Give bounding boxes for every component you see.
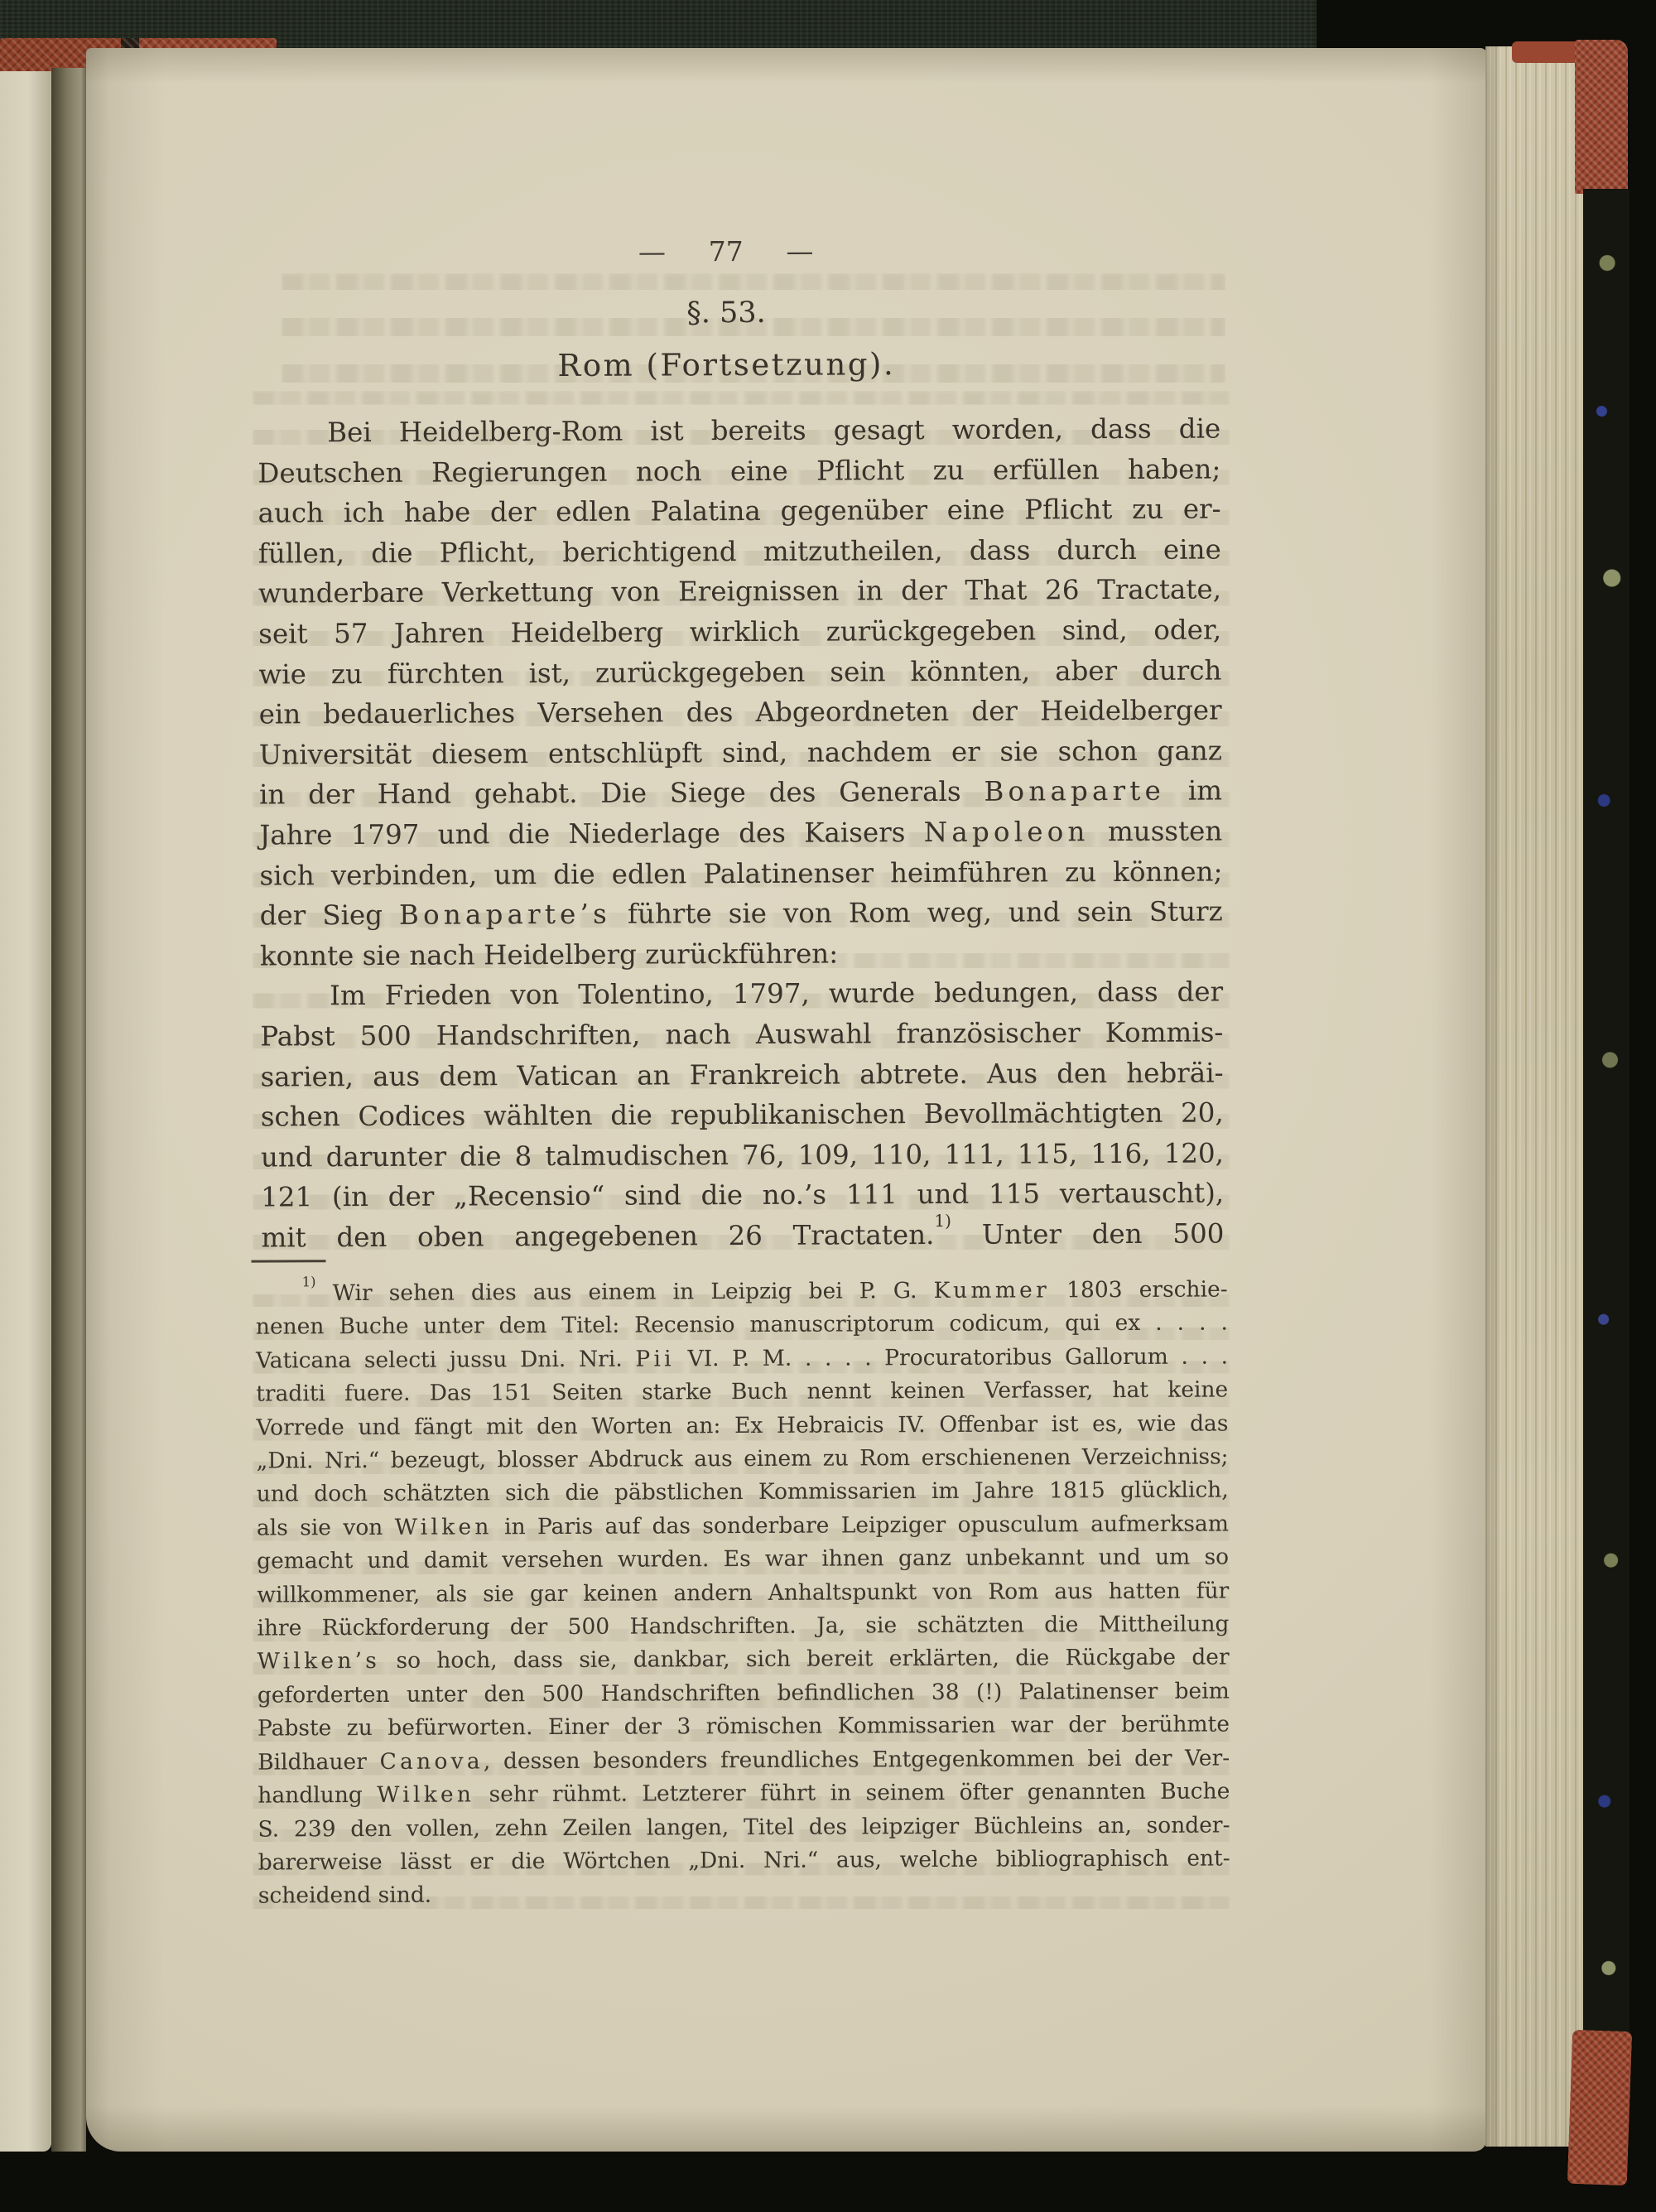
footnote-line: als sie von Wilken in Paris auf das sond…: [257, 1507, 1229, 1545]
book-photo: — 77 — §. 53. Rom (Fortsetzung). Bei Hei…: [0, 0, 1656, 2212]
body-line: konnte sie nach Heidelberg zurückführen:: [260, 932, 1223, 976]
body-line: wunderbare Verkettung von Ereignissen in…: [258, 570, 1221, 614]
footnote-line: S. 239 den vollen, zehn Zeilen langen, T…: [258, 1809, 1230, 1847]
footnote-line: scheidend sind.: [258, 1876, 1230, 1914]
footnote-line: 1) Wir sehen dies aus einem in Leipzig b…: [256, 1273, 1228, 1311]
section-mark: §. 53.: [244, 295, 1207, 332]
body-line: Deutschen Regierungen noch eine Pflicht …: [258, 449, 1220, 494]
footnote-line: und doch schätzten sich die päbstlichen …: [257, 1474, 1229, 1512]
footnote-line: Bildhauer Canova, dessen besonders freun…: [258, 1742, 1230, 1780]
footnote-line: Vorrede und fängt mit den Worten an: Ex …: [256, 1407, 1228, 1445]
body-line: in der Hand gehabt. Die Siege des Genera…: [259, 771, 1222, 816]
body-line: und darunter die 8 talmudischen 76, 109,…: [261, 1133, 1224, 1178]
body-line: Bei Heidelberg-Rom ist bereits gesagt wo…: [258, 408, 1220, 453]
page-number: — 77 —: [244, 234, 1207, 270]
body-line: sarien, aus dem Vatican an Frankreich ab…: [260, 1053, 1223, 1097]
body-line: mit den oben angegebenen 26 Tractaten.1)…: [261, 1213, 1224, 1258]
body-line: seit 57 Jahren Heidelberg wirklich zurüc…: [258, 610, 1221, 654]
footnote-line: traditi fuere. Das 151 Seiten starke Buc…: [256, 1374, 1228, 1412]
footnote-text: 1) Wir sehen dies aus einem in Leipzig b…: [256, 1273, 1230, 1913]
body-line: schen Codices wählten die republikanisch…: [261, 1093, 1224, 1138]
footnote-line: Wilken’s so hoch, dass sie, dankbar, sic…: [258, 1641, 1230, 1679]
body-line: Universität diesem entschlüpft sind, nac…: [259, 730, 1222, 775]
footnote-line: willkommener, als sie gar keinen andern …: [257, 1574, 1229, 1612]
body-line: Pabst 500 Handschriften, nach Auswahl fr…: [260, 1012, 1223, 1057]
footnote-line: handlung Wilken sehr rühmt. Letzterer fü…: [258, 1776, 1230, 1814]
section-title: Rom (Fortsetzung).: [245, 345, 1208, 385]
printed-text-layer: — 77 — §. 53. Rom (Fortsetzung). Bei Hei…: [0, 0, 1656, 2212]
body-line: wie zu fürchten ist, zurückgegeben sein …: [258, 650, 1221, 695]
body-line: ein bedauerliches Versehen des Abgeordne…: [259, 691, 1222, 735]
body-line: der Sieg Bonaparte’s führte sie von Rom …: [260, 892, 1223, 937]
footnote-line: Pabste zu befürworten. Einer der 3 römis…: [258, 1708, 1230, 1747]
body-line: auch ich habe der edlen Palatina gegenüb…: [258, 489, 1220, 534]
body-line: füllen, die Pflicht, berichtigend mitzut…: [258, 529, 1221, 574]
footnote-line: geforderten unter den 500 Handschriften …: [258, 1675, 1230, 1713]
footnote-line: gemacht und damit versehen wurden. Es wa…: [257, 1541, 1229, 1579]
footnote-line: nenen Buche unter dem Titel: Recensio ma…: [256, 1307, 1228, 1345]
footnote-line: ihre Rückforderung der 500 Handschriften…: [257, 1608, 1229, 1646]
footnote-line: „Dni. Nri.“ bezeugt, blosser Abdruck aus…: [256, 1440, 1228, 1478]
body-text: Bei Heidelberg-Rom ist bereits gesagt wo…: [258, 408, 1224, 1258]
footnote-line: barerweise lässt er die Wörtchen „Dni. N…: [258, 1842, 1230, 1880]
body-line: Jahre 1797 und die Niederlage des Kaiser…: [259, 811, 1222, 855]
body-line: sich verbinden, um die edlen Palatinense…: [259, 851, 1222, 896]
footnote-separator: [252, 1260, 326, 1262]
footnote-line: Vaticana selecti jussu Dni. Nri. Pii VI.…: [256, 1340, 1228, 1378]
body-line: Im Frieden von Tolentino, 1797, wurde be…: [260, 972, 1223, 1017]
body-line: 121 (in der „Recensio“ sind die no.’s 11…: [261, 1173, 1224, 1218]
